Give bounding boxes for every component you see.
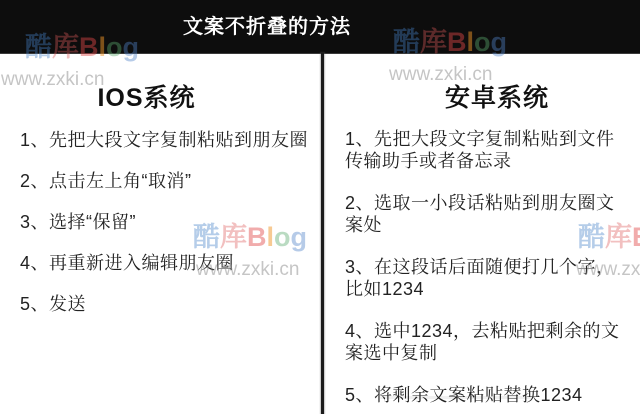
ios-step-4: 4、再重新进入编辑朋友圈 [20,252,318,274]
ios-step-5: 5、发送 [20,293,318,315]
title-bar: 文案不折叠的方法 [0,0,640,54]
page-title: 文案不折叠的方法 [183,10,351,39]
android-step-5: 5、将剩余文案粘贴替换1234 [345,384,627,406]
android-step-1: 1、先把大段文字复制粘贴到文件传输助手或者备忘录 [345,128,627,172]
infographic-table: 文案不折叠的方法 IOS系统 1、先把大段文字复制粘贴到朋友圈 2、点击左上角“… [0,0,640,414]
ios-step-1: 1、先把大段文字复制粘贴到朋友圈 [20,129,318,151]
android-step-2: 2、选取一小段话粘贴到朋友圈文案处 [345,192,627,236]
column-android: 安卓系统 1、先把大段文字复制粘贴到文件传输助手或者备忘录 2、选取一小段话粘贴… [330,53,640,406]
column-ios: IOS系统 1、先把大段文字复制粘贴到朋友圈 2、点击左上角“取消” 3、选择“… [0,53,321,315]
android-step-4: 4、选中1234，去粘贴把剩余的文案选中复制 [345,320,627,364]
column-android-heading: 安卓系统 [342,78,640,114]
jpeg-artifact-line [380,396,532,399]
column-divider [321,53,324,414]
column-ios-heading: IOS系统 [0,78,307,114]
android-step-3: 3、在这段话后面随便打几个字，比如1234 [345,256,627,300]
ios-step-2: 2、点击左上角“取消” [20,170,318,192]
ios-step-3: 3、选择“保留” [20,211,318,233]
